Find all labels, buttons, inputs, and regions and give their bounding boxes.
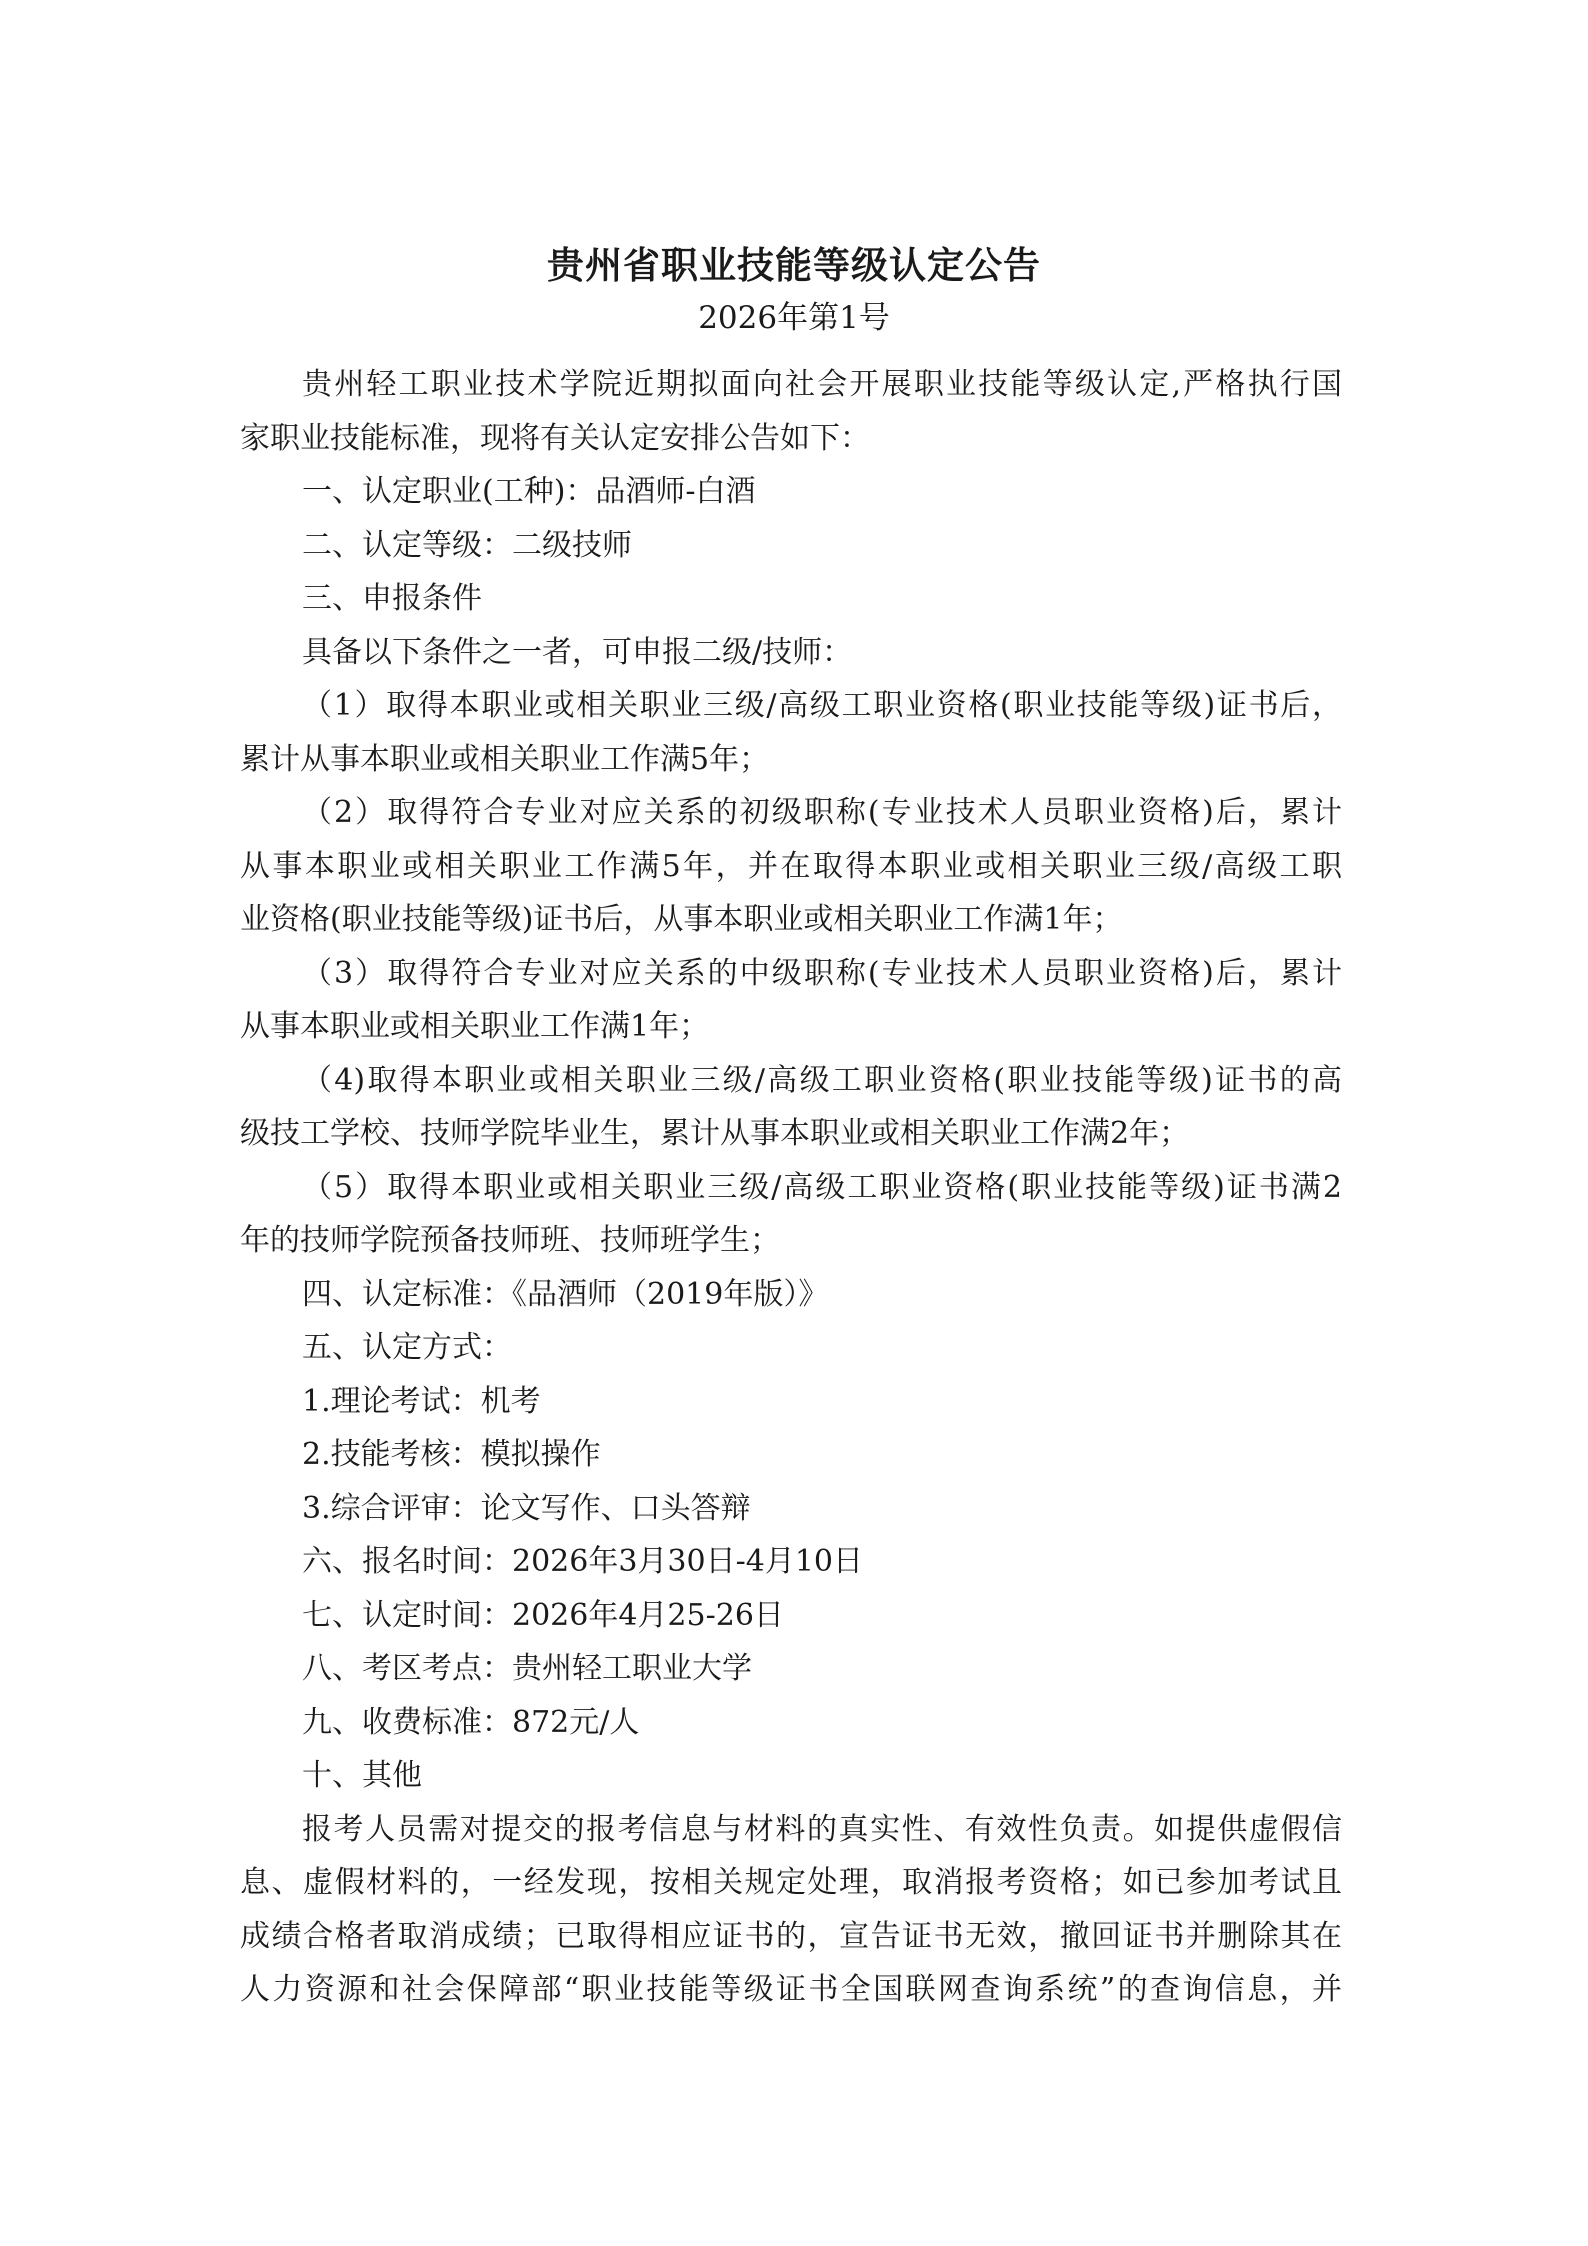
body-line: （3）取得符合专业对应关系的中级职称(专业技术人员职业资格)后，累计 xyxy=(302,952,1342,996)
body-line: （4)取得本职业或相关职业三级/高级工职业资格(职业技能等级)证书的高 xyxy=(302,1059,1342,1103)
body-line: 2.技能考核：模拟操作 xyxy=(302,1433,1342,1477)
body-line: （1）取得本职业或相关职业三级/高级工职业资格(职业技能等级)证书后， xyxy=(302,684,1342,728)
body-line: 1.理论考试：机考 xyxy=(302,1380,1342,1424)
body-line: 报考人员需对提交的报考信息与材料的真实性、有效性负责。如提供虚假信 xyxy=(302,1808,1342,1852)
body-line: 从事本职业或相关职业工作满5年，并在取得本职业或相关职业三级/高级工职 xyxy=(240,845,1342,889)
document-number: 2026年第1号 xyxy=(0,298,1588,338)
body-line: 十、其他 xyxy=(302,1754,1342,1798)
body-line: 累计从事本职业或相关职业工作满5年； xyxy=(240,738,1342,782)
body-line: 七、认定时间：2026年4月25-26日 xyxy=(302,1594,1342,1638)
document-title: 贵州省职业技能等级认定公告 xyxy=(0,242,1588,288)
body-line: 3.综合评审：论文写作、口头答辩 xyxy=(302,1487,1342,1531)
body-line: 从事本职业或相关职业工作满1年； xyxy=(240,1005,1342,1049)
document-page: 贵州省职业技能等级认定公告 2026年第1号 贵州轻工职业技术学院近期拟面向社会… xyxy=(0,0,1588,2246)
body-line: 五、认定方式： xyxy=(302,1326,1342,1370)
body-line: 九、收费标准：872元/人 xyxy=(302,1701,1342,1745)
body-line: 人力资源和社会保障部“职业技能等级证书全国联网查询系统”的查询信息，并 xyxy=(240,1968,1342,2012)
body-line: 一、认定职业(工种)：品酒师-白酒 xyxy=(302,470,1342,514)
body-line: 家职业技能标准，现将有关认定安排公告如下： xyxy=(240,417,1342,461)
body-line: 息、虚假材料的，一经发现，按相关规定处理，取消报考资格；如已参加考试且 xyxy=(240,1861,1342,1905)
body-line: 具备以下条件之一者，可申报二级/技师： xyxy=(302,631,1342,675)
body-line: 贵州轻工职业技术学院近期拟面向社会开展职业技能等级认定,严格执行国 xyxy=(302,363,1342,407)
body-line: 年的技师学院预备技师班、技师班学生； xyxy=(240,1219,1342,1263)
body-line: 八、考区考点：贵州轻工职业大学 xyxy=(302,1647,1342,1691)
body-line: 级技工学校、技师学院毕业生，累计从事本职业或相关职业工作满2年； xyxy=(240,1112,1342,1156)
body-line: 四、认定标准：《品酒师（2019年版）》 xyxy=(302,1273,1342,1317)
body-line: （2）取得符合专业对应关系的初级职称(专业技术人员职业资格)后，累计 xyxy=(302,791,1342,835)
body-line: 六、报名时间：2026年3月30日-4月10日 xyxy=(302,1540,1342,1584)
body-line: 成绩合格者取消成绩；已取得相应证书的，宣告证书无效，撤回证书并删除其在 xyxy=(240,1915,1342,1959)
body-line: （5）取得本职业或相关职业三级/高级工职业资格(职业技能等级)证书满2 xyxy=(302,1166,1342,1210)
body-line: 二、认定等级：二级技师 xyxy=(302,524,1342,568)
body-line: 业资格(职业技能等级)证书后，从事本职业或相关职业工作满1年； xyxy=(240,898,1342,942)
body-line: 三、申报条件 xyxy=(302,577,1342,621)
